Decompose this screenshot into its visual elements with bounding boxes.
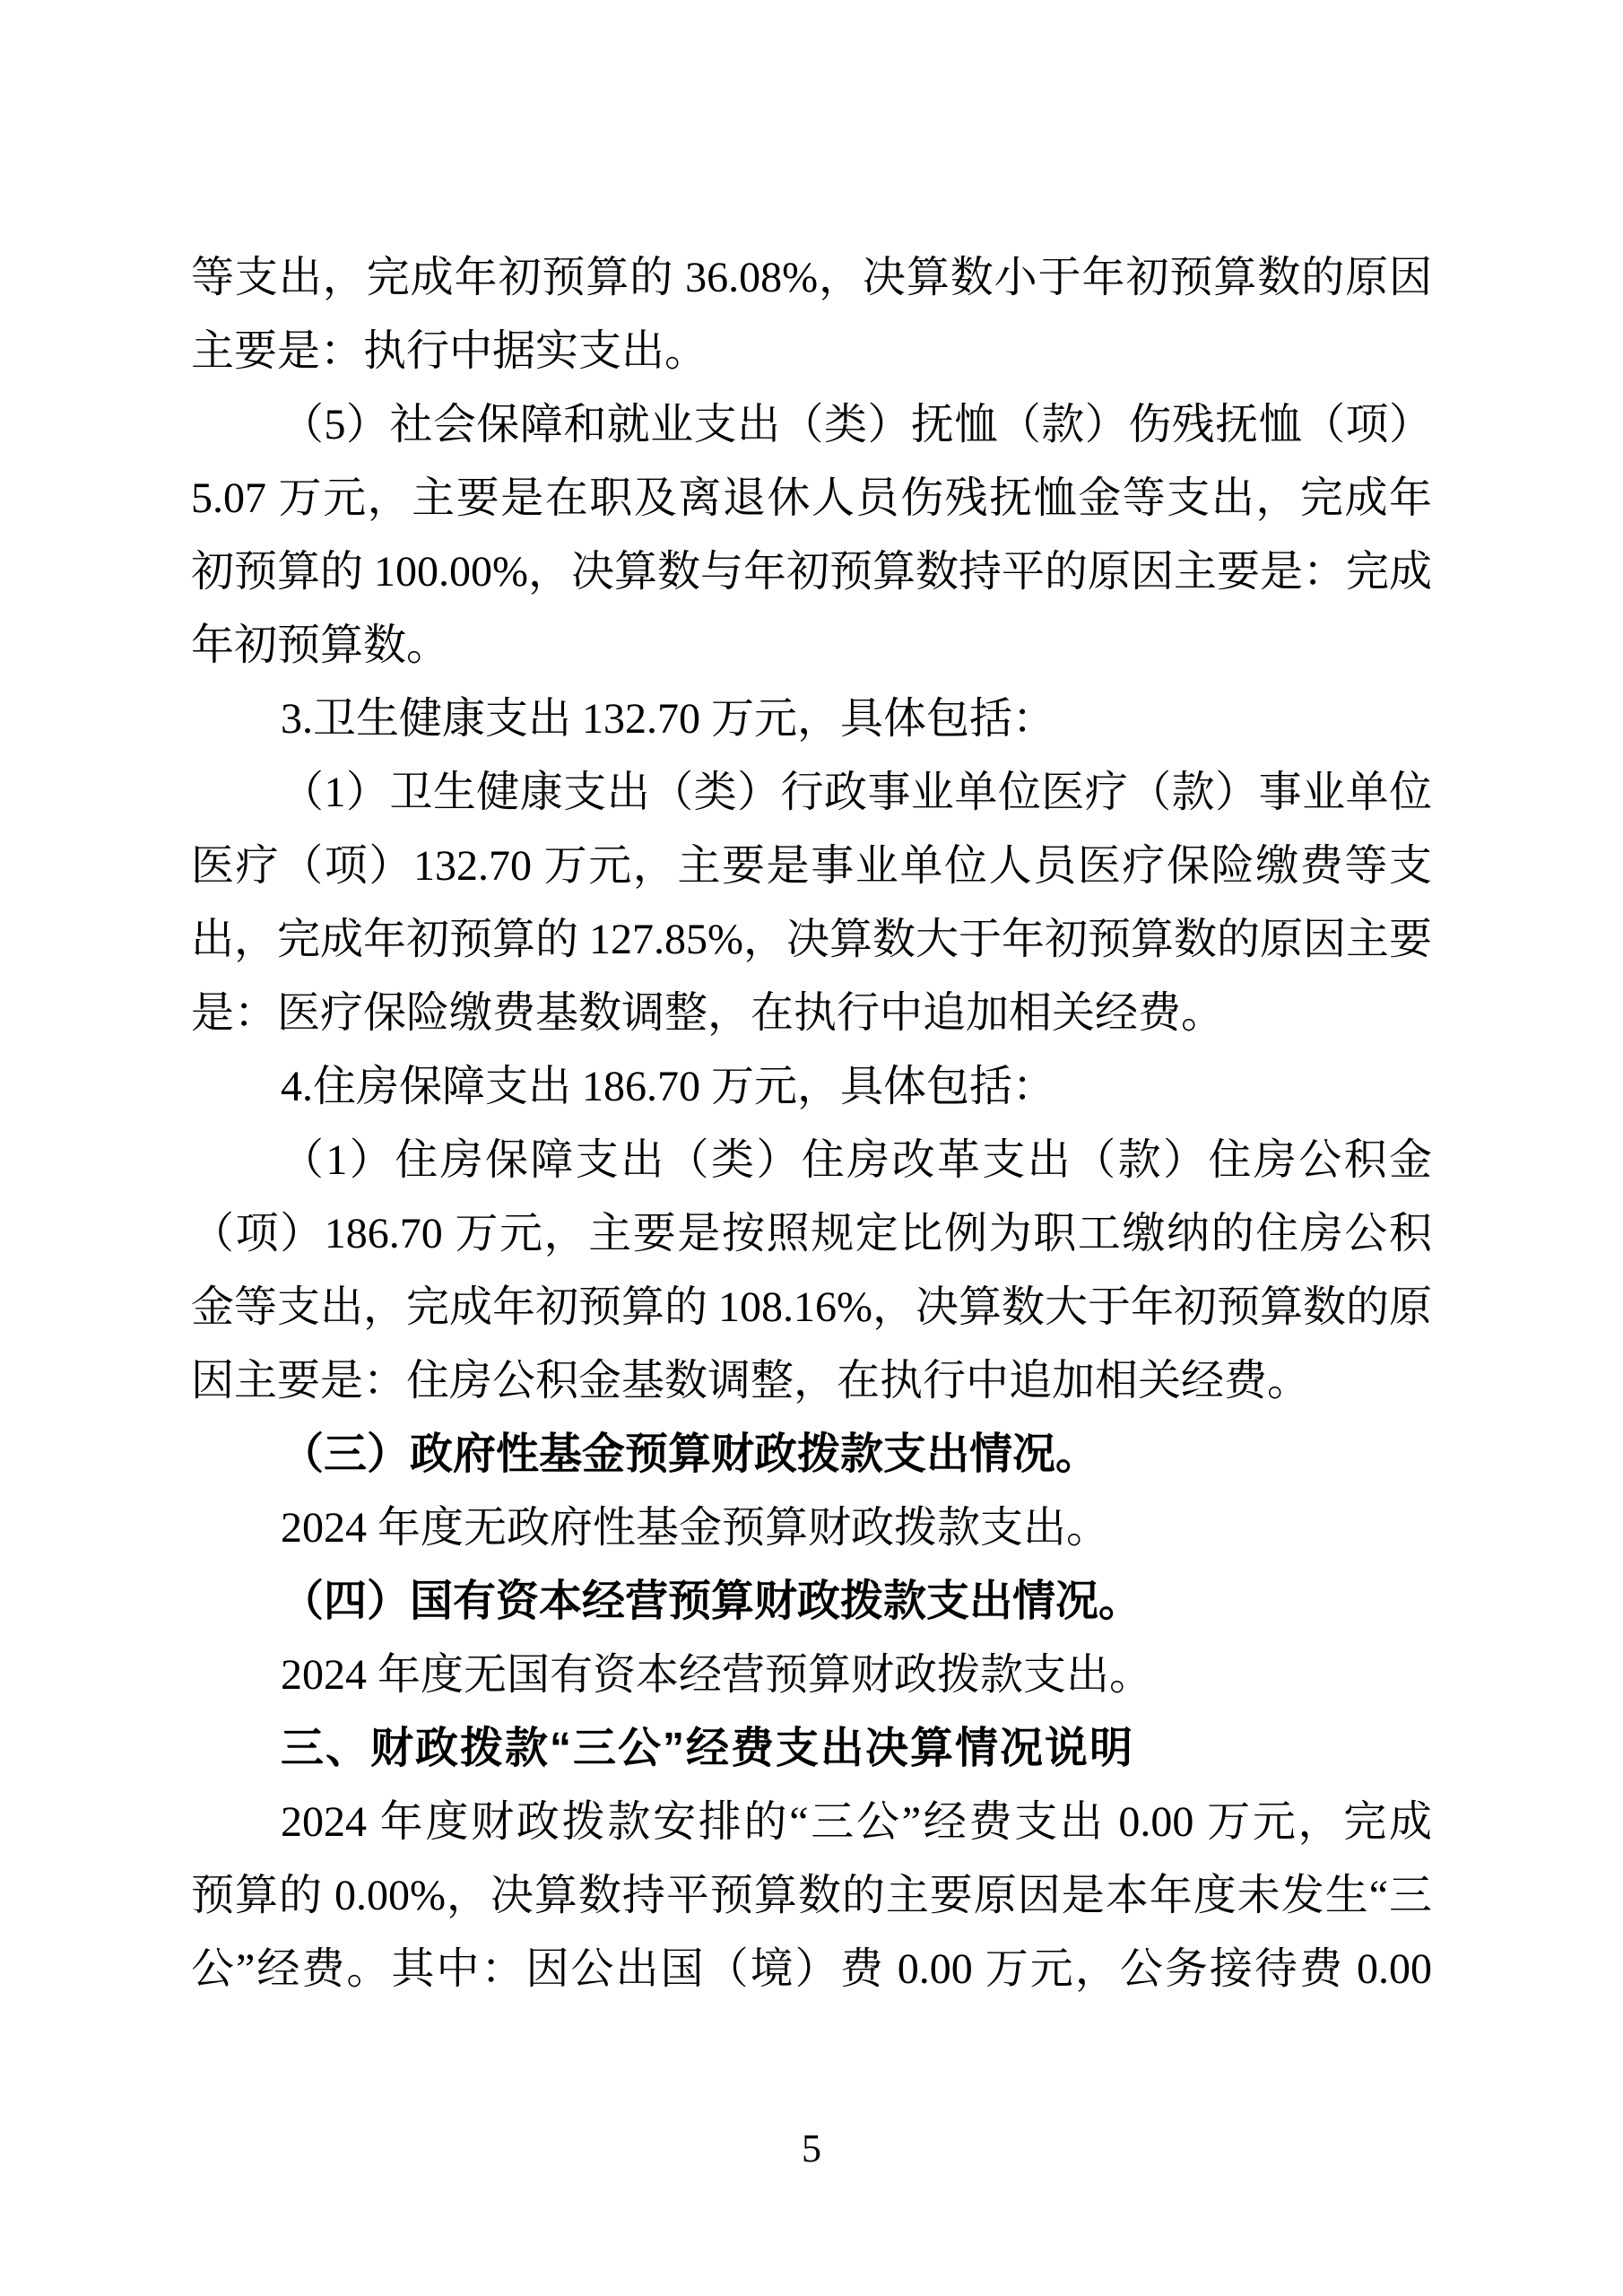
body-line: 等支出，完成年初预算的 36.08%，决算数小于年初预算数的原因 [191, 241, 1432, 315]
body-line: 5.07 万元，主要是在职及离退休人员伤残抚恤金等支出，完成年 [191, 462, 1432, 535]
body-line: 医疗（项）132.70 万元，主要是事业单位人员医疗保险缴费等支 [191, 830, 1432, 903]
body-line: （5）社会保障和就业支出（类）抚恤（款）伤残抚恤（项） [191, 388, 1432, 462]
body-line: 因主要是：住房公积金基数调整，在执行中追加相关经费。 [191, 1344, 1432, 1418]
body-line: 出，完成年初预算的 127.85%，决算数大于年初预算数的原因主要 [191, 903, 1432, 977]
body-line: 预算的 0.00%，决算数持平预算数的主要原因是本年度未发生“三 [191, 1859, 1432, 1933]
sub-heading: （四）国有资本经营预算财政拨款支出情况。 [191, 1565, 1432, 1639]
body-line: 公”经费。其中：因公出国（境）费 0.00 万元，公务接待费 0.00 [191, 1933, 1432, 2006]
body-line: 2024 年度财政拨款安排的“三公”经费支出 0.00 万元，完成 [191, 1786, 1432, 1859]
body-line: 年初预算数。 [191, 609, 1432, 683]
body-line: （1）住房保障支出（类）住房改革支出（款）住房公积金 [191, 1124, 1432, 1197]
sub-heading: （三）政府性基金预算财政拨款支出情况。 [191, 1418, 1432, 1492]
document-page: 等支出，完成年初预算的 36.08%，决算数小于年初预算数的原因 主要是：执行中… [0, 0, 1623, 2296]
body-line: 3.卫生健康支出 132.70 万元，具体包括： [191, 683, 1432, 756]
body-line: 2024 年度无政府性基金预算财政拨款支出。 [191, 1492, 1432, 1565]
body-line: （项）186.70 万元，主要是按照规定比例为职工缴纳的住房公积 [191, 1197, 1432, 1271]
page-number: 5 [0, 2129, 1623, 2169]
section-heading: 三、财政拨款“三公”经费支出决算情况说明 [191, 1712, 1432, 1786]
body-line: 金等支出，完成年初预算的 108.16%，决算数大于年初预算数的原 [191, 1271, 1432, 1344]
body-line: 初预算的 100.00%，决算数与年初预算数持平的原因主要是：完成 [191, 535, 1432, 609]
body-line: 2024 年度无国有资本经营预算财政拨款支出。 [191, 1639, 1432, 1712]
body-line: （1）卫生健康支出（类）行政事业单位医疗（款）事业单位 [191, 756, 1432, 830]
body-line: 是：医疗保险缴费基数调整，在执行中追加相关经费。 [191, 977, 1432, 1050]
body-line: 4.住房保障支出 186.70 万元，具体包括： [191, 1050, 1432, 1124]
body-line: 主要是：执行中据实支出。 [191, 315, 1432, 388]
document-body: 等支出，完成年初预算的 36.08%，决算数小于年初预算数的原因 主要是：执行中… [191, 241, 1432, 2006]
